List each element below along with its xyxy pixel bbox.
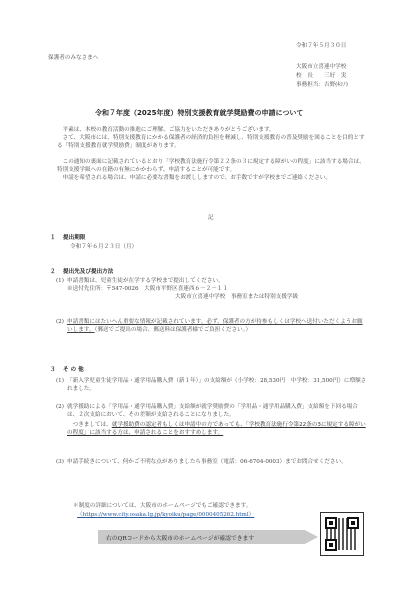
section-2-item-1-text: 申請書類は、児童生徒が在学する学校まで提出してください。 [67,278,224,286]
section-2-item-2: (2) 申請書類にはたいへん重要な情報が記載されています。必ず、保護者の方が持参… [56,318,368,334]
footer-note: ＊制度の詳細については、大阪市のホームページでもご確認できます。 [73,503,251,511]
section-3-item-1-text: 「新入学児童生徒学用品・通学用品購入費（新１年）」の支給額が（小学校：28,53… [67,377,368,393]
osaka-city-url[interactable]: （https://www.city.osaka.lg.jp/kyoiku/pag… [77,512,254,520]
page-title: 令和７年度（2025年度）特別支援教育就学奨励費の申請について [95,108,303,118]
section-3-item-3: (3) 申請手続きについて、何かご不明な点がありましたら事務室（電話：06-67… [56,458,368,466]
principal-name: 校 長 三好 実 [296,73,346,81]
section-3-item-2-followup: つきましては、就学援助費の認定者もしくは申請中の方であっても、「学校教育法施行令… [67,421,368,437]
section-2-heading: 提出先及び提出方法 [63,269,113,277]
section-3-item-2-number: (2) [56,403,64,411]
intro-paragraph-3: この通知の裏面に記載されているとおり「学校教育法施行令第２２条の３に規定する障が… [57,158,367,174]
intro-paragraph-2: さて、大阪市には、特別支援教育にかかる保護者の経済的負担を軽減し、特別支援教育の… [57,134,367,150]
postage-note: （郵送でご提出の場合、郵送料は保護者様でご負担ください。） [95,327,252,333]
section-3-item-3-text: 申請手続きについて、何かご不明な点がありましたら事務室（電話：06-6704-0… [67,458,368,466]
section-2-item-2-number: (2) [56,318,64,326]
qr-finder-bottom-left [325,539,337,551]
recommendation-notice: 就学援助費の認定者もしくは申請中の方であっても、「学校教育法施行令第22条の3に… [67,422,366,436]
qr-guide-text: 右のQRコードから大阪市のホームページが確認できます [106,533,254,542]
section-3-item-1: (1) 「新入学児童生徒学用品・通学用品購入費（新１年）」の支給額が（小学校：2… [56,377,368,393]
followup-prefix: つきましては、 [73,422,112,428]
mailing-address: ※送付先住所：〒547-0026 大阪市平野区喜連西６－２－１１ [67,286,228,294]
submission-deadline: 令和７年６月２３日（月） [70,244,137,252]
section-3-item-1-number: (1) [56,377,64,385]
section-3-heading: そ の 他 [63,367,84,375]
ki-marker: 記 [208,215,214,223]
section-1-heading: 提出期限 [63,235,85,243]
intro-paragraph-1: 平素は、本校の教育活動の推進にご理解、ご協力をいただきありがとうございます。 [57,126,367,134]
section-1-number: １ [50,235,56,243]
section-3-item-2: (2) 就学援助による「学用品・通学用品購入費」支給額が就学奨励費の「学用品・通… [56,403,368,437]
qr-finder-top-right [347,517,359,529]
recipient: 保護者のみなさまへ [48,55,98,63]
intro-paragraph-4: 申請を希望される場合は、申請に必要な書類をお渡ししますので、お手数ですが学校まで… [57,174,367,182]
section-3-number: ３ [50,367,56,375]
section-2-item-1-number: (1) [56,278,64,286]
qr-finder-top-left [325,517,337,529]
mailing-address-line-2: 大阪市立喜連中学校 事務室または特別支援学級 [175,294,298,302]
section-3-item-2-text: 就学援助による「学用品・通学用品購入費」支給額が就学奨励費の「学用品・通学用品購… [67,403,368,419]
school-name: 大阪市立喜連中学校 [296,64,346,72]
section-3-item-3-number: (3) [56,458,64,466]
document-date: 令和７年５月３０日 [296,43,346,51]
section-2-number: ２ [50,269,56,277]
contact-person: 事務担当：吉野(ｷｼﾉ) [296,82,348,90]
qr-code-icon[interactable] [320,512,364,556]
